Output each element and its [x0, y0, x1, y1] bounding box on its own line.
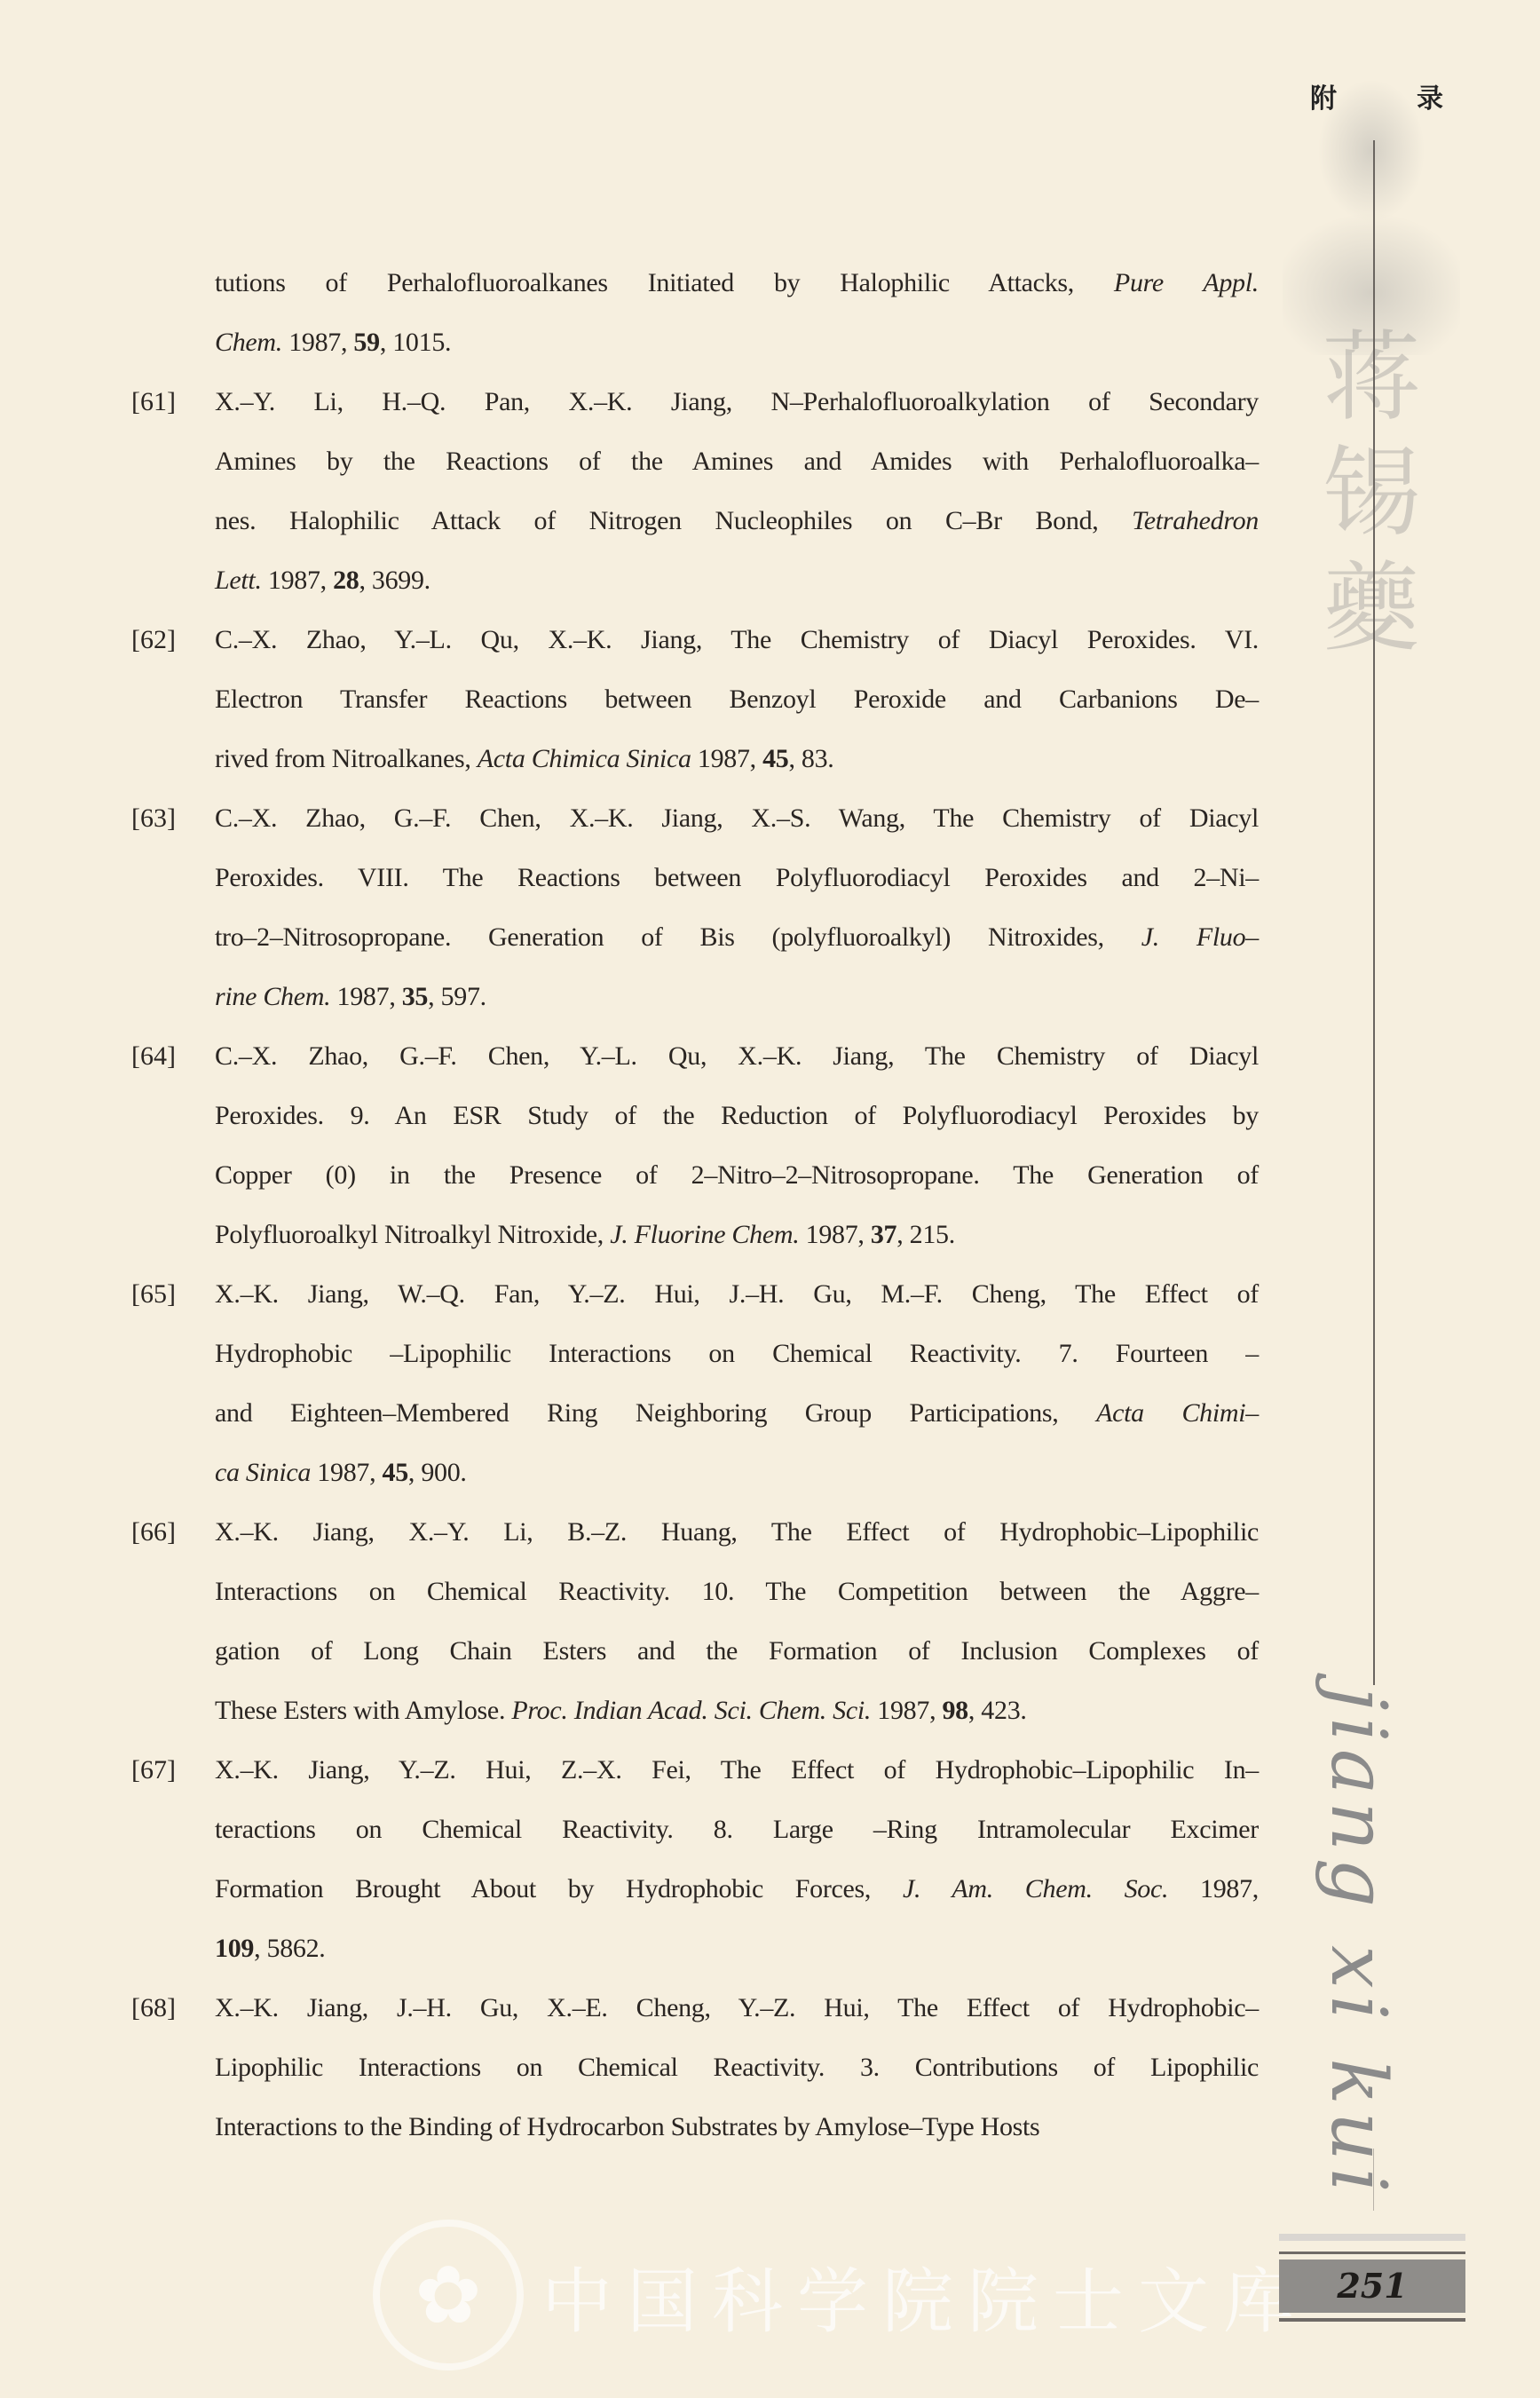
reference-line: X.–K. Jiang, Y.–Z. Hui, Z.–X. Fei, The E…: [215, 1748, 1259, 1793]
reference-text: Interactions to the Binding of Hydrocarb…: [215, 2112, 1039, 2141]
header-char-right: 录: [1417, 76, 1443, 115]
reference-text: tro–2–Nitrosopropane. Generation of Bis …: [215, 922, 1141, 952]
reference-number: [66]: [131, 1510, 176, 1555]
reference-text: , 5862.: [254, 1934, 325, 1963]
reference-text: These Esters with Amylose.: [215, 1696, 511, 1725]
reference-text: gation of Long Chain Esters and the Form…: [215, 1636, 1259, 1666]
reference-text: C.–X. Zhao, G.–F. Chen, Y.–L. Qu, X.–K. …: [215, 1041, 1259, 1071]
reference-line: Hydrophobic –Lipophilic Interactions on …: [215, 1332, 1259, 1376]
reference-text: Copper (0) in the Presence of 2–Nitro–2–…: [215, 1160, 1259, 1190]
series-title: 中国科学院院士文库: [541, 2244, 1308, 2347]
reference-text: nes. Halophilic Attack of Nitrogen Nucle…: [215, 506, 1132, 535]
reference-line: C.–X. Zhao, Y.–L. Qu, X.–K. Jiang, The C…: [215, 618, 1259, 662]
volume-number: 59: [353, 328, 379, 357]
reference-text: , 900.: [408, 1458, 467, 1487]
volume-number: 109: [215, 1934, 254, 1963]
journal-title: Pure Appl.: [1114, 268, 1259, 297]
reference-line: ca Sinica 1987, 45, 900.: [215, 1451, 1259, 1495]
reference-text: Polyfluoroalkyl Nitroalkyl Nitroxide,: [215, 1220, 610, 1249]
reference-line: Electron Transfer Reactions between Benz…: [215, 677, 1259, 722]
reference-text: 1987,: [871, 1696, 942, 1725]
reference-number: [68]: [131, 1986, 176, 2030]
reference-line: 109, 5862.: [215, 1927, 1259, 1971]
reference-line: C.–X. Zhao, G.–F. Chen, X.–K. Jiang, X.–…: [215, 796, 1259, 841]
reference-line: X.–K. Jiang, W.–Q. Fan, Y.–Z. Hui, J.–H.…: [215, 1272, 1259, 1317]
journal-title: rine Chem.: [215, 982, 330, 1011]
reference-line: Formation Brought About by Hydrophobic F…: [215, 1867, 1259, 1911]
reference-line: teractions on Chemical Reactivity. 8. La…: [215, 1808, 1259, 1852]
reference-text: Lipophilic Interactions on Chemical Reac…: [215, 2053, 1259, 2082]
reference-line: C.–X. Zhao, G.–F. Chen, Y.–L. Qu, X.–K. …: [215, 1034, 1259, 1079]
journal-title: Lett.: [215, 566, 262, 595]
reference-text: , 423.: [968, 1696, 1027, 1725]
margin-rule: [1373, 140, 1375, 1685]
page-number: 251: [1279, 2260, 1465, 2313]
reference-text: Interactions on Chemical Reactivity. 10.…: [215, 1577, 1259, 1606]
journal-title: J. Fluo–: [1141, 922, 1259, 952]
reference-text: , 597.: [428, 982, 486, 1011]
reference-text: tutions of Perhalofluoroalkanes Initiate…: [215, 268, 1114, 297]
reference-number: [67]: [131, 1748, 176, 1793]
reference-line: tutions of Perhalofluoroalkanes Initiate…: [215, 261, 1259, 305]
reference-line: Amines by the Reactions of the Amines an…: [215, 439, 1259, 484]
journal-title: Acta Chimi–: [1096, 1398, 1259, 1428]
signature-script: jiang xi kui: [1349, 1687, 1402, 2184]
volume-number: 98: [942, 1696, 967, 1725]
reference-line: rived from Nitroalkanes, Acta Chimica Si…: [215, 737, 1259, 781]
reference-text: Amines by the Reactions of the Amines an…: [215, 447, 1259, 476]
reference-text: C.–X. Zhao, Y.–L. Qu, X.–K. Jiang, The C…: [215, 625, 1259, 654]
volume-number: 37: [871, 1220, 896, 1249]
reference-text: 1987,: [311, 1458, 382, 1487]
volume-number: 45: [383, 1458, 408, 1487]
reference-line: X.–Y. Li, H.–Q. Pan, X.–K. Jiang, N–Perh…: [215, 380, 1259, 424]
reference-text: X.–K. Jiang, X.–Y. Li, B.–Z. Huang, The …: [215, 1517, 1259, 1547]
reference-text: 1987,: [282, 328, 353, 357]
reference-text: 1987,: [330, 982, 401, 1011]
reference-text: Peroxides. 9. An ESR Study of the Reduct…: [215, 1101, 1259, 1130]
reference-text: teractions on Chemical Reactivity. 8. La…: [215, 1815, 1259, 1844]
reference-number: [62]: [131, 618, 176, 662]
reference-text: Hydrophobic –Lipophilic Interactions on …: [215, 1339, 1259, 1368]
reference-number: [64]: [131, 1034, 176, 1079]
reference-line: Lett. 1987, 28, 3699.: [215, 558, 1259, 603]
reference-line: Peroxides. 9. An ESR Study of the Reduct…: [215, 1094, 1259, 1138]
reference-text: 1987,: [262, 566, 333, 595]
journal-title: ca Sinica: [215, 1458, 311, 1487]
journal-title: J. Fluorine Chem.: [610, 1220, 799, 1249]
reference-text: 1987,: [1168, 1874, 1259, 1903]
reference-line: Chem. 1987, 59, 1015.: [215, 321, 1259, 365]
reference-line: These Esters with Amylose. Proc. Indian …: [215, 1689, 1259, 1733]
reference-text: , 3699.: [359, 566, 430, 595]
reference-number: [65]: [131, 1272, 176, 1317]
journal-title: Proc. Indian Acad. Sci. Chem. Sci.: [511, 1696, 871, 1725]
reference-line: Polyfluoroalkyl Nitroalkyl Nitroxide, J.…: [215, 1213, 1259, 1257]
reference-line: and Eighteen–Membered Ring Neighboring G…: [215, 1391, 1259, 1436]
reference-line: Lipophilic Interactions on Chemical Reac…: [215, 2046, 1259, 2090]
academy-logo-icon: ✿: [373, 2220, 524, 2370]
reference-line: Copper (0) in the Presence of 2–Nitro–2–…: [215, 1153, 1259, 1198]
volume-number: 28: [333, 566, 359, 595]
reference-text: X.–K. Jiang, J.–H. Gu, X.–E. Cheng, Y.–Z…: [215, 1993, 1259, 2022]
reference-text: Electron Transfer Reactions between Benz…: [215, 685, 1259, 714]
reference-text: X.–Y. Li, H.–Q. Pan, X.–K. Jiang, N–Perh…: [215, 387, 1259, 416]
reference-number: [61]: [131, 380, 176, 424]
calligraphy-name-watermark: 蒋锡夔: [1314, 320, 1429, 666]
journal-title: J. Am. Chem. Soc.: [903, 1874, 1168, 1903]
reference-text: C.–X. Zhao, G.–F. Chen, X.–K. Jiang, X.–…: [215, 803, 1259, 833]
reference-line: Peroxides. VIII. The Reactions between P…: [215, 856, 1259, 900]
page-number-box: 251: [1279, 2234, 1465, 2322]
reference-line: X.–K. Jiang, X.–Y. Li, B.–Z. Huang, The …: [215, 1510, 1259, 1555]
journal-title: Tetrahedron: [1132, 506, 1259, 535]
reference-line: nes. Halophilic Attack of Nitrogen Nucle…: [215, 499, 1259, 543]
reference-text: , 83.: [788, 744, 833, 773]
reference-number: [63]: [131, 796, 176, 841]
reference-text: X.–K. Jiang, Y.–Z. Hui, Z.–X. Fei, The E…: [215, 1755, 1259, 1785]
reference-line: X.–K. Jiang, J.–H. Gu, X.–E. Cheng, Y.–Z…: [215, 1986, 1259, 2030]
volume-number: 35: [402, 982, 428, 1011]
reference-text: 1987,: [691, 744, 762, 773]
journal-title: Acta Chimica Sinica: [478, 744, 691, 773]
reference-text: Peroxides. VIII. The Reactions between P…: [215, 863, 1259, 892]
reference-line: Interactions on Chemical Reactivity. 10.…: [215, 1570, 1259, 1614]
reference-text: and Eighteen–Membered Ring Neighboring G…: [215, 1398, 1096, 1428]
reference-text: , 1015.: [380, 328, 451, 357]
reference-line: rine Chem. 1987, 35, 597.: [215, 975, 1259, 1019]
reference-text: 1987,: [799, 1220, 870, 1249]
volume-number: 45: [762, 744, 788, 773]
reference-text: X.–K. Jiang, W.–Q. Fan, Y.–Z. Hui, J.–H.…: [215, 1279, 1259, 1309]
footer-watermark: ✿ 中国科学院院士文库: [373, 2220, 1308, 2370]
journal-title: Chem.: [215, 328, 282, 357]
reference-line: gation of Long Chain Esters and the Form…: [215, 1629, 1259, 1674]
reference-text: , 215.: [896, 1220, 955, 1249]
header-char-left: 附: [1310, 76, 1337, 115]
running-header: 附 录: [1310, 76, 1443, 115]
reference-text: Formation Brought About by Hydrophobic F…: [215, 1874, 903, 1903]
reference-text: rived from Nitroalkanes,: [215, 744, 478, 773]
reference-line: Interactions to the Binding of Hydrocarb…: [215, 2105, 1259, 2149]
reference-line: tro–2–Nitrosopropane. Generation of Bis …: [215, 915, 1259, 960]
